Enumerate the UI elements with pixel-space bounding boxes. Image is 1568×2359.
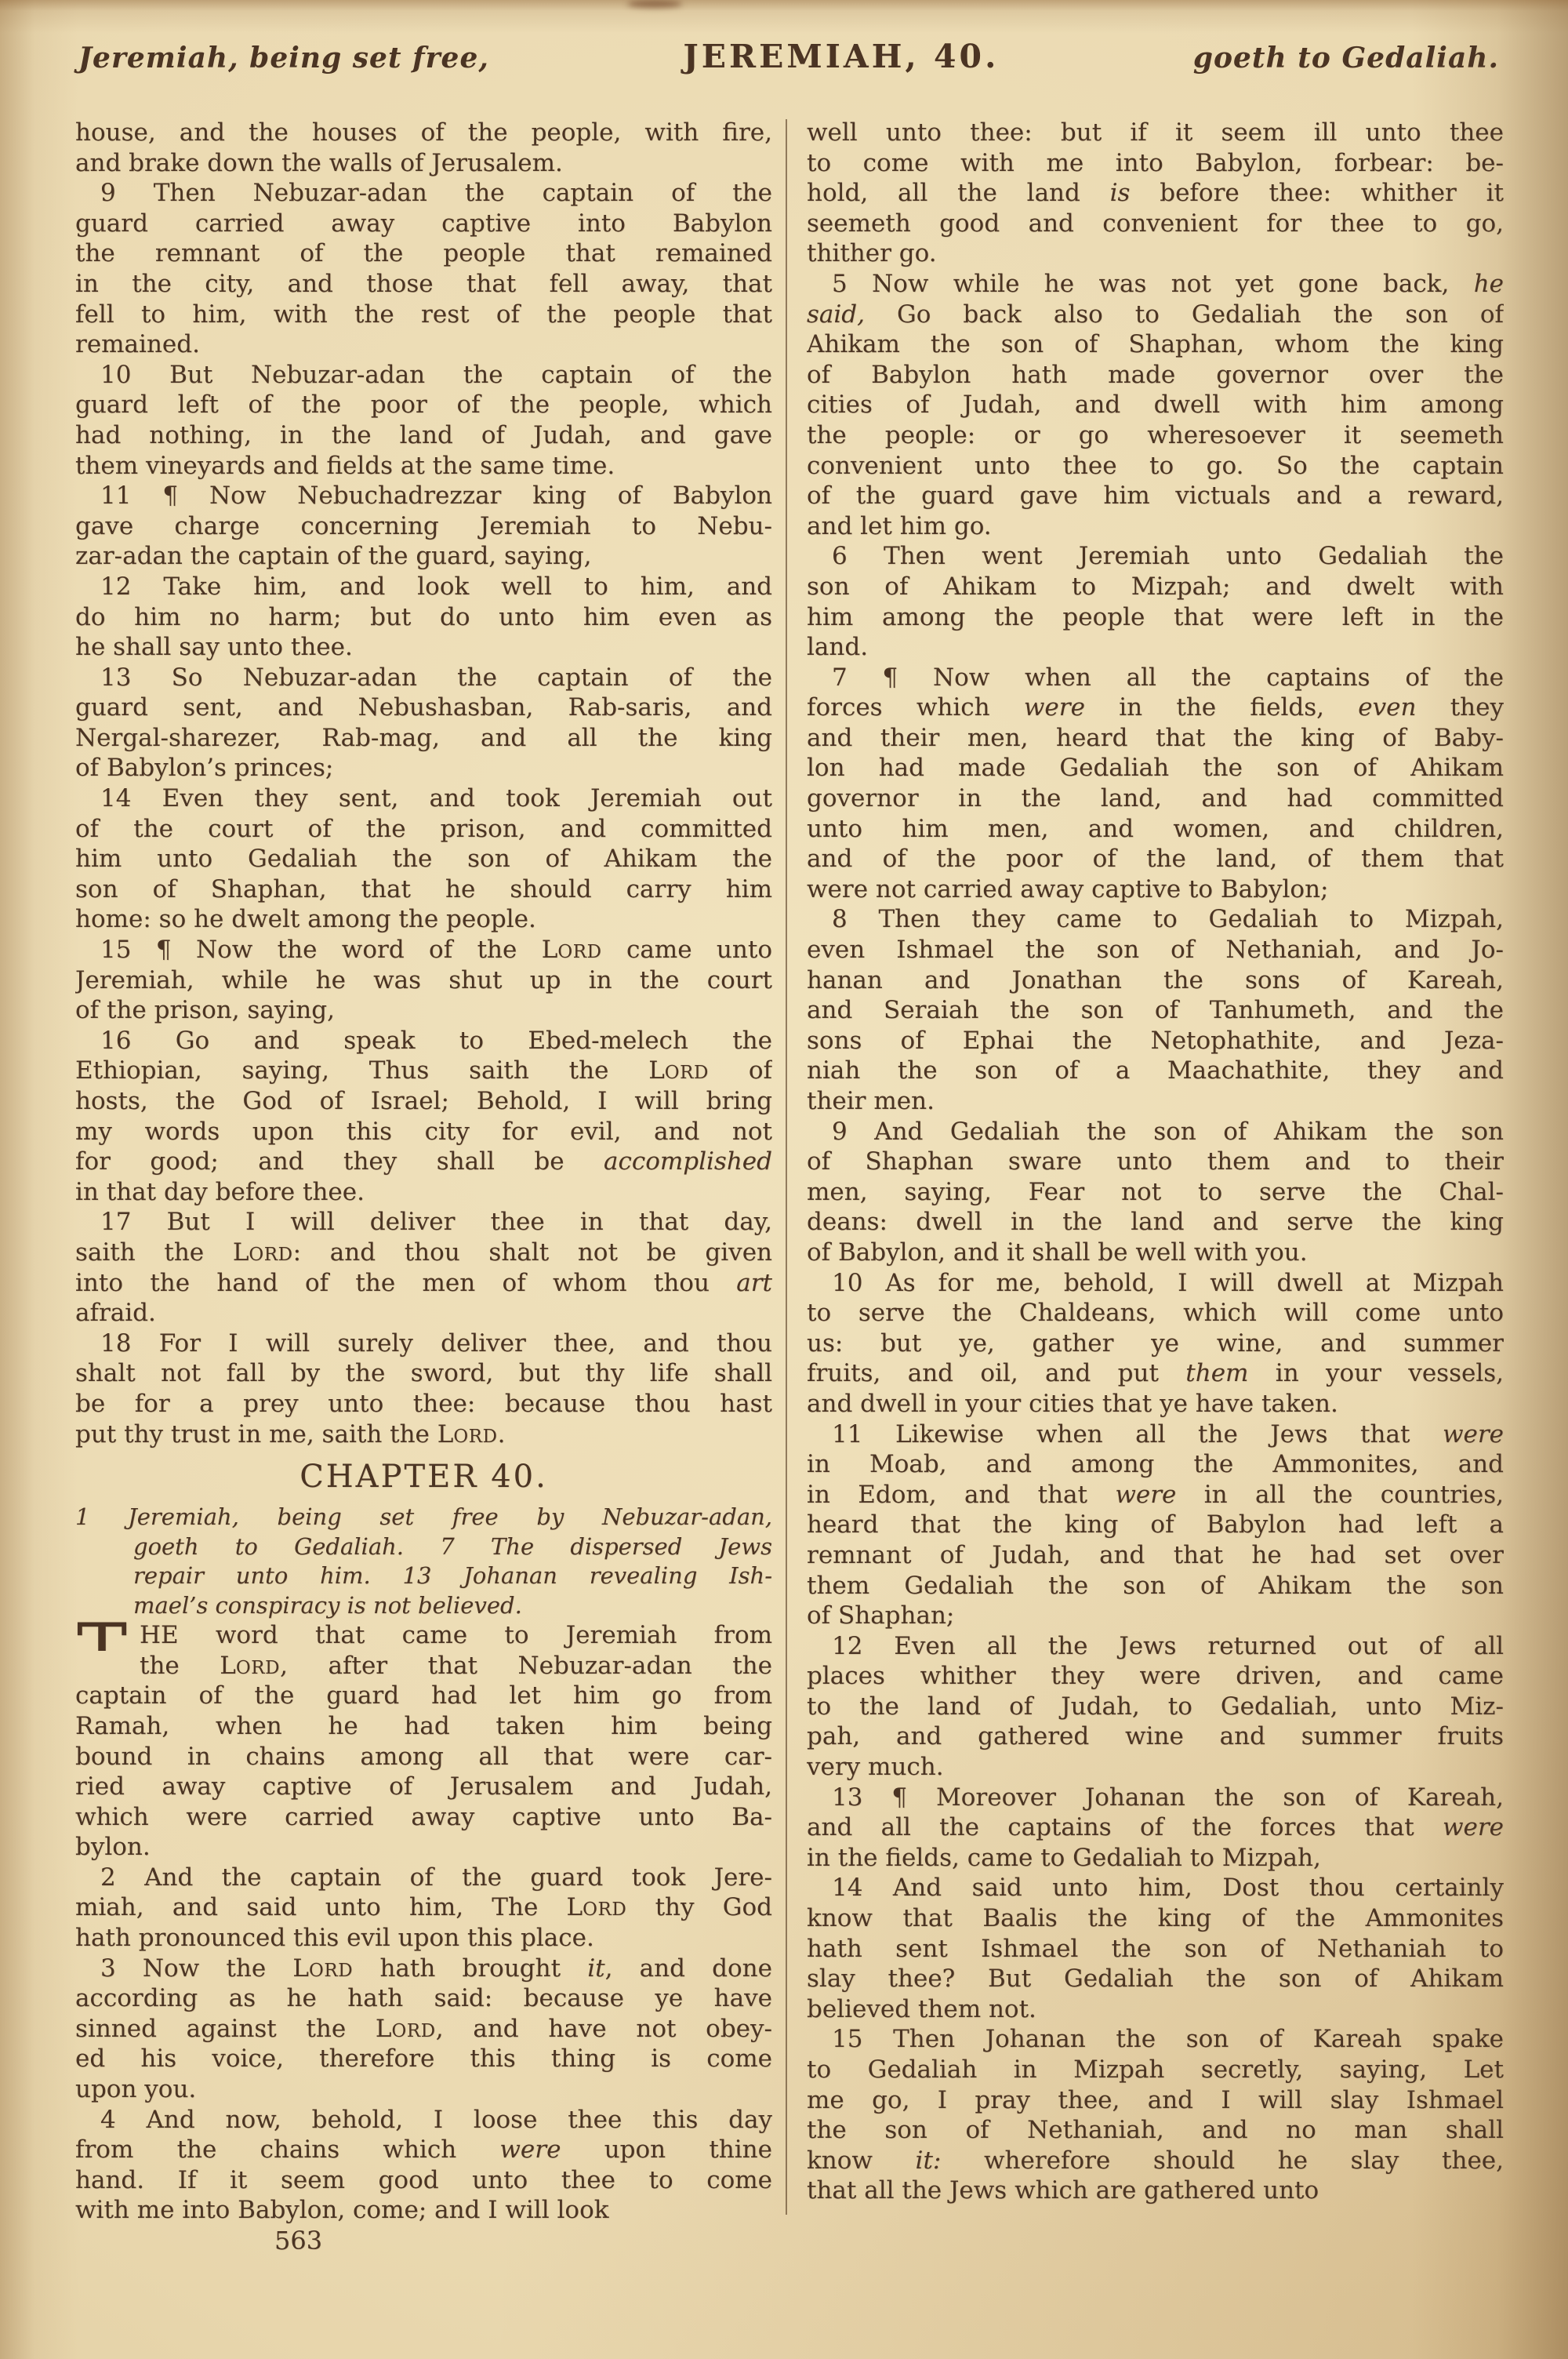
text-line: 9 And Gedaliah the son of Ahikam the son <box>807 1117 1504 1147</box>
text-line: zar-adan the captain of the guard, sayin… <box>75 541 772 572</box>
text-line: remained. <box>75 329 772 360</box>
text-line: of Shaphan sware unto them and to their <box>807 1147 1504 1177</box>
text-line: of Shaphan; <box>807 1601 1504 1631</box>
text-line: to come with me into Babylon, forbear: b… <box>807 148 1504 179</box>
text-line: of Babylon, and it shall be well with yo… <box>807 1238 1504 1268</box>
text-line: hosts, the God of Israel; Behold, I will… <box>75 1086 772 1117</box>
text-line: that all the Jews which are gathered unt… <box>807 2175 1504 2206</box>
text-line: 5 Now while he was not yet gone back, he <box>807 269 1504 300</box>
text-line: and dwell in your cities that ye have ta… <box>807 1389 1504 1419</box>
text-line: and of the poor of the land, of them tha… <box>807 844 1504 874</box>
text-line: men, saying, Fear not to serve the Chal- <box>807 1177 1504 1208</box>
running-head-left: Jeremiah, being set free, <box>78 42 489 75</box>
text-line: 8 Then they came to Gedaliah to Mizpah, <box>807 904 1504 935</box>
text-line: gave charge concerning Jeremiah to Nebu- <box>75 511 772 542</box>
text-line: Ramah, when he had taken him being <box>75 1711 772 1742</box>
text-line: fruits, and oil, and put them in your ve… <box>807 1358 1504 1389</box>
text-line: to the land of Judah, to Gedaliah, unto … <box>807 1692 1504 1722</box>
text-line: even Ishmael the son of Nethaniah, and J… <box>807 935 1504 965</box>
chapter-summary-line: 1 Jeremiah, being set free by Nebuzar-ad… <box>75 1503 772 1532</box>
drop-cap: T <box>77 1623 127 1651</box>
text-line: of Babylon’s princes; <box>75 753 772 783</box>
text-line: know it: wherefore should he slay thee, <box>807 2146 1504 2176</box>
text-line: hand. If it seem good unto thee to come <box>75 2165 772 2196</box>
text-line: 14 Even they sent, and took Jeremiah out <box>75 783 772 814</box>
text-line: Ethiopian, saying, Thus saith the LORD o… <box>75 1056 772 1086</box>
text-line: which were carried away captive unto Ba- <box>75 1802 772 1833</box>
text-line: to Gedaliah in Mizpah secretly, saying, … <box>807 2055 1504 2085</box>
text-line: home: so he dwelt among the people. <box>75 904 772 935</box>
text-line: guard left of the poor of the people, wh… <box>75 390 772 420</box>
text-line: hanan and Jonathan the sons of Kareah, <box>807 965 1504 996</box>
text-line: and let him go. <box>807 511 1504 542</box>
text-line: house, and the houses of the people, wit… <box>75 118 772 148</box>
text-line: for good; and they shall be accomplished <box>75 1147 772 1177</box>
text-line: according as he hath said: because ye ha… <box>75 1983 772 2014</box>
text-line: had nothing, in the land of Judah, and g… <box>75 420 772 451</box>
text-line: 10 But Nebuzar-adan the captain of the <box>75 360 772 391</box>
text-line: Nergal-sharezer, Rab-mag, and all the ki… <box>75 723 772 754</box>
text-line: 10 As for me, behold, I will dwell at Mi… <box>807 1268 1504 1299</box>
text-line: bylon. <box>75 1832 772 1863</box>
text-line: Ahikam the son of Shaphan, whom the king <box>807 329 1504 360</box>
text-line: 4 And now, behold, I loose thee this day <box>75 2105 772 2135</box>
text-line: and Seraiah the son of Tanhumeth, and th… <box>807 995 1504 1026</box>
text-column-left: house, and the houses of the people, wit… <box>75 118 772 2226</box>
text-line: were not carried away captive to Babylon… <box>807 874 1504 905</box>
text-line: in the city, and those that fell away, t… <box>75 269 772 300</box>
text-line: son of Shaphan, that he should carry him <box>75 874 772 905</box>
text-line: Jeremiah, while he was shut up in the co… <box>75 965 772 996</box>
text-line: of the guard gave him victuals and a rew… <box>807 481 1504 511</box>
text-line: THE word that came to Jeremiah from <box>75 1620 772 1651</box>
text-line: forces which were in the fields, even th… <box>807 692 1504 723</box>
text-line: captain of the guard had let him go from <box>75 1681 772 1711</box>
text-line: sons of Ephai the Netophathite, and Jeza… <box>807 1026 1504 1056</box>
text-line: seemeth good and convenient for thee to … <box>807 209 1504 239</box>
text-line: unto him men, and women, and children, <box>807 814 1504 845</box>
text-line: fell to him, with the rest of the people… <box>75 300 772 330</box>
text-line: thither go. <box>807 238 1504 269</box>
text-line: ried away captive of Jerusalem and Judah… <box>75 1772 772 1802</box>
text-line: believed them not. <box>807 1994 1504 2025</box>
text-line: 2 And the captain of the guard took Jere… <box>75 1863 772 1893</box>
chapter-summary-line: mael’s conspiracy is not believed. <box>75 1591 772 1621</box>
text-line: sinned against the LORD, and have not ob… <box>75 2014 772 2045</box>
text-line: them Gedaliah the son of Ahikam the son <box>807 1571 1504 1601</box>
text-line: their men. <box>807 1086 1504 1117</box>
text-line: slay thee? But Gedaliah the son of Ahika… <box>807 1964 1504 1994</box>
text-line: afraid. <box>75 1298 772 1329</box>
text-line: 6 Then went Jeremiah unto Gedaliah the <box>807 541 1504 572</box>
text-line: lon had made Gedaliah the son of Ahikam <box>807 753 1504 783</box>
text-line: 18 For I will surely deliver thee, and t… <box>75 1329 772 1359</box>
text-line: 9 Then Nebuzar-adan the captain of the <box>75 178 772 209</box>
text-line: governor in the land, and had committed <box>807 783 1504 814</box>
text-line: 12 Take him, and look well to him, and <box>75 572 772 602</box>
text-line: in Moab, and among the Ammonites, and <box>807 1449 1504 1480</box>
text-line: 3 Now the LORD hath brought it, and done <box>75 1954 772 1984</box>
text-line: to serve the Chaldeans, which will come … <box>807 1298 1504 1329</box>
text-line: 14 And said unto him, Dost thou certainl… <box>807 1873 1504 1903</box>
text-line: remnant of Judah, and that he had set ov… <box>807 1540 1504 1571</box>
text-line: well unto thee: but if it seem ill unto … <box>807 118 1504 148</box>
running-header: Jeremiah, being set free, JEREMIAH, 40. … <box>78 38 1499 75</box>
text-line: 17 But I will deliver thee in that day, <box>75 1207 772 1238</box>
text-line: miah, and said unto him, The LORD thy Go… <box>75 1892 772 1923</box>
text-line: of the court of the prison, and committe… <box>75 814 772 845</box>
text-line: heard that the king of Babylon had left … <box>807 1510 1504 1540</box>
text-line: in Edom, and that were in all the countr… <box>807 1480 1504 1510</box>
text-line: in that day before thee. <box>75 1177 772 1208</box>
text-line: 11 ¶ Now Nebuchadrezzar king of Babylon <box>75 481 772 511</box>
text-line: places whither they were driven, and cam… <box>807 1661 1504 1692</box>
text-line: very much. <box>807 1752 1504 1783</box>
text-line: niah the son of a Maachathite, they and <box>807 1056 1504 1086</box>
text-line: saith the LORD: and thou shalt not be gi… <box>75 1238 772 1268</box>
text-line: us: but ye, gather ye wine, and summer <box>807 1329 1504 1359</box>
chapter-summary-line: repair unto him. 13 Johanan revealing Is… <box>75 1561 772 1591</box>
text-line: in the fields, came to Gedaliah to Mizpa… <box>807 1843 1504 1874</box>
text-line: the people: or go wheresoever it seemeth <box>807 420 1504 451</box>
text-line: he shall say unto thee. <box>75 632 772 663</box>
text-line: shalt not fall by the sword, but thy lif… <box>75 1358 772 1389</box>
text-line: know that Baalis the king of the Ammonit… <box>807 1903 1504 1934</box>
text-line: the remnant of the people that remained <box>75 238 772 269</box>
text-line: upon you. <box>75 2074 772 2105</box>
text-line: him among the people that were left in t… <box>807 602 1504 633</box>
text-line: of Babylon hath made governor over the <box>807 360 1504 391</box>
text-line: deans: dwell in the land and serve the k… <box>807 1207 1504 1238</box>
running-head-right: goeth to Gedaliah. <box>1193 42 1499 75</box>
text-line: convenient unto thee to go. So the capta… <box>807 451 1504 482</box>
text-line: 12 Even all the Jews returned out of all <box>807 1631 1504 1662</box>
text-column-right: well unto thee: but if it seem ill unto … <box>807 118 1504 2226</box>
text-line: and all the captains of the forces that … <box>807 1812 1504 1843</box>
text-line: the LORD, after that Nebuzar-adan the <box>75 1651 772 1681</box>
book-page: Jeremiah, being set free, JEREMIAH, 40. … <box>0 0 1568 2359</box>
text-line: and brake down the walls of Jerusalem. <box>75 148 772 179</box>
text-line: 15 Then Johanan the son of Kareah spake <box>807 2024 1504 2055</box>
text-line: guard carried away captive into Babylon <box>75 209 772 239</box>
text-columns: house, and the houses of the people, wit… <box>75 118 1504 2226</box>
text-line: ed his voice, therefore this thing is co… <box>75 2044 772 2074</box>
text-line: pah, and gathered wine and summer fruits <box>807 1721 1504 1752</box>
text-line: 16 Go and speak to Ebed-melech the <box>75 1026 772 1056</box>
text-line: 15 ¶ Now the word of the LORD came unto <box>75 935 772 965</box>
chapter-heading: CHAPTER 40. <box>75 1452 772 1501</box>
text-line: said, Go back also to Gedaliah the son o… <box>807 300 1504 330</box>
text-line: into the hand of the men of whom thou ar… <box>75 1268 772 1299</box>
text-line: the son of Nethaniah, and no man shall <box>807 2115 1504 2146</box>
text-line: guard sent, and Nebushasban, Rab-saris, … <box>75 692 772 723</box>
text-line: be for a prey unto thee: because thou ha… <box>75 1389 772 1419</box>
chapter-summary-line: goeth to Gedaliah. 7 The dispersed Jews <box>75 1532 772 1562</box>
page-number: 563 <box>75 2226 971 2255</box>
text-line: hath sent Ishmael the son of Nethaniah t… <box>807 1934 1504 1965</box>
text-line: hold, all the land is before thee: whith… <box>807 178 1504 209</box>
text-line: put thy trust in me, saith the LORD. <box>75 1419 772 1450</box>
text-line: 13 So Nebuzar-adan the captain of the <box>75 663 772 693</box>
text-line: of the prison, saying, <box>75 995 772 1026</box>
text-line: do him no harm; but do unto him even as <box>75 602 772 633</box>
text-line: cities of Judah, and dwell with him amon… <box>807 390 1504 420</box>
text-line: with me into Babylon, come; and I will l… <box>75 2195 772 2226</box>
text-line: from the chains which were upon thine <box>75 2135 772 2165</box>
text-line: land. <box>807 632 1504 663</box>
text-line: 11 Likewise when all the Jews that were <box>807 1419 1504 1450</box>
text-line: son of Ahikam to Mizpah; and dwelt with <box>807 572 1504 602</box>
text-line: him unto Gedaliah the son of Ahikam the <box>75 844 772 874</box>
text-line: bound in chains among all that were car- <box>75 1742 772 1772</box>
text-line: and their men, heard that the king of Ba… <box>807 723 1504 754</box>
running-head-center: JEREMIAH, 40. <box>683 38 999 75</box>
text-line: them vineyards and fields at the same ti… <box>75 451 772 482</box>
text-line: hath pronounced this evil upon this plac… <box>75 1923 772 1954</box>
text-line: 7 ¶ Now when all the captains of the <box>807 663 1504 693</box>
text-line: my words upon this city for evil, and no… <box>75 1117 772 1147</box>
text-line: 13 ¶ Moreover Johanan the son of Kareah, <box>807 1783 1504 1813</box>
text-line: me go, I pray thee, and I will slay Ishm… <box>807 2085 1504 2116</box>
